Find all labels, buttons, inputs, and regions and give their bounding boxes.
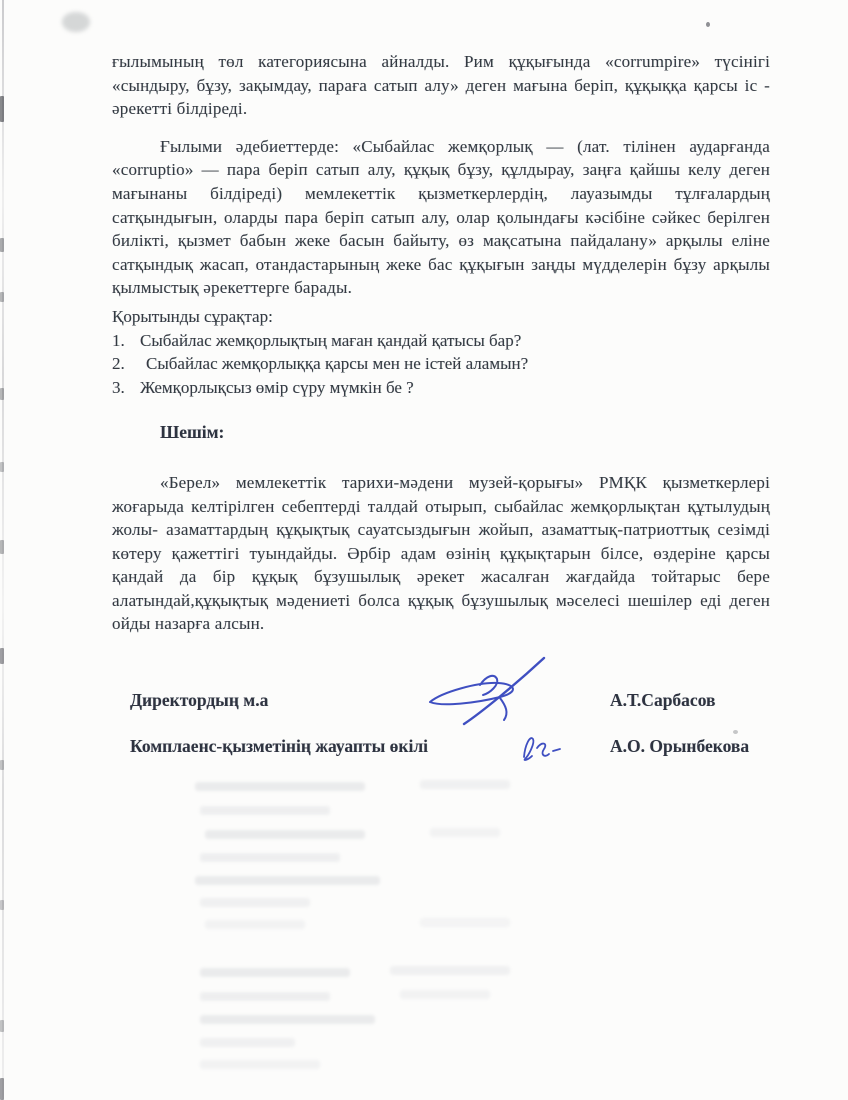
scan-speck bbox=[733, 730, 738, 734]
scan-edge-artifact bbox=[0, 1078, 4, 1100]
scan-edge-artifact bbox=[0, 462, 4, 472]
questions-list: 1. Сыбайлас жемқорлықтың маған қандай қа… bbox=[112, 329, 770, 400]
scan-edge-artifact bbox=[0, 760, 4, 770]
list-item-text: Жемқорлықсыз өмір сүру мүмкін бе ? bbox=[140, 376, 414, 400]
signer-name: А.Т.Сарбасов bbox=[610, 690, 715, 711]
questions-heading: Қорытынды сұрақтар: bbox=[112, 305, 770, 329]
signature-block: Директордың м.а А.Т.Сарбасов Комплаенс-қ… bbox=[112, 690, 770, 757]
scan-speck bbox=[706, 22, 710, 27]
scan-edge-artifact bbox=[0, 648, 4, 664]
paragraph-definition: Ғылыми әдебиеттерде: «Сыбайлас жемқорлық… bbox=[112, 135, 770, 300]
scan-edge-artifact bbox=[0, 238, 4, 252]
scan-edge-artifact bbox=[0, 292, 4, 302]
list-item: 3. Жемқорлықсыз өмір сүру мүмкін бе ? bbox=[112, 376, 770, 400]
list-item-text: Сыбайлас жемқорлыққа қарсы мен не істей … bbox=[140, 352, 528, 376]
list-item-text: Сыбайлас жемқорлықтың маған қандай қатыс… bbox=[140, 329, 521, 353]
scan-edge-artifact bbox=[0, 900, 4, 910]
list-item-number: 1. bbox=[112, 329, 140, 353]
paragraph-continuation: ғылымының төл категориясына айналды. Рим… bbox=[112, 50, 770, 121]
list-item-number: 2. bbox=[112, 352, 140, 376]
list-item: 1. Сыбайлас жемқорлықтың маған қандай қа… bbox=[112, 329, 770, 353]
scan-edge-artifact bbox=[0, 388, 4, 400]
signer-name: А.О. Орынбекова bbox=[610, 736, 749, 757]
signature-row-compliance: Комплаенс-қызметінің жауапты өкілі А.О. … bbox=[112, 736, 770, 757]
signer-title: Директордың м.а bbox=[112, 690, 268, 736]
scan-edge-artifact bbox=[0, 96, 4, 122]
decision-heading: Шешім: bbox=[112, 421, 770, 445]
scanned-document-page: ғылымының төл категориясына айналды. Рим… bbox=[0, 0, 848, 1100]
list-item-number: 3. bbox=[112, 376, 140, 400]
director-signature-ink bbox=[420, 648, 560, 730]
list-item: 2. Сыбайлас жемқорлыққа қарсы мен не іст… bbox=[112, 352, 770, 376]
signer-title: Комплаенс-қызметінің жауапты өкілі bbox=[112, 736, 428, 757]
signature-row-director: Директордың м.а А.Т.Сарбасов bbox=[112, 690, 770, 736]
decision-paragraph: «Берел» мемлекеттік тарихи-мәдени музей-… bbox=[112, 471, 770, 636]
scan-edge-artifact bbox=[0, 1020, 4, 1032]
scan-edge-artifact bbox=[0, 540, 4, 554]
scan-smudge bbox=[62, 12, 90, 32]
compliance-signature-ink bbox=[515, 730, 563, 766]
